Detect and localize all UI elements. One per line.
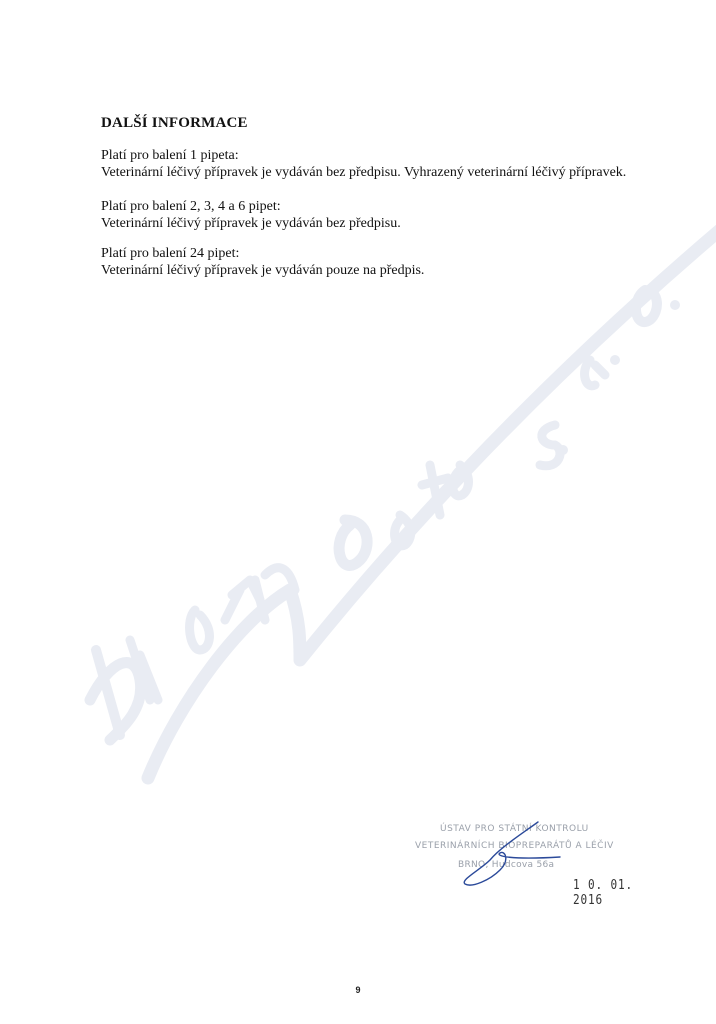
signature-icon <box>410 820 660 910</box>
info-block-text: Veterinární léčivý přípravek je vydáván … <box>101 215 401 232</box>
section-heading: DALŠÍ INFORMACE <box>101 115 248 132</box>
info-block-1-pipette: Platí pro balení 1 pipeta: Veterinární l… <box>101 147 626 181</box>
info-block-title: Platí pro balení 24 pipet: <box>101 245 424 262</box>
approval-stamp: ÚSTAV PRO STÁTNÍ KONTROLU VETERINÁRNÍCH … <box>410 820 660 910</box>
info-block-text: Veterinární léčivý přípravek je vydáván … <box>101 262 424 279</box>
info-block-24-pipettes: Platí pro balení 24 pipet: Veterinární l… <box>101 245 424 279</box>
document-page: DALŠÍ INFORMACE Platí pro balení 1 pipet… <box>0 0 716 1024</box>
info-block-text: Veterinární léčivý přípravek je vydáván … <box>101 164 626 181</box>
info-block-2-3-4-6-pipettes: Platí pro balení 2, 3, 4 a 6 pipet: Vete… <box>101 198 401 232</box>
info-block-title: Platí pro balení 2, 3, 4 a 6 pipet: <box>101 198 401 215</box>
page-number: 9 <box>0 985 716 995</box>
info-block-title: Platí pro balení 1 pipeta: <box>101 147 626 164</box>
